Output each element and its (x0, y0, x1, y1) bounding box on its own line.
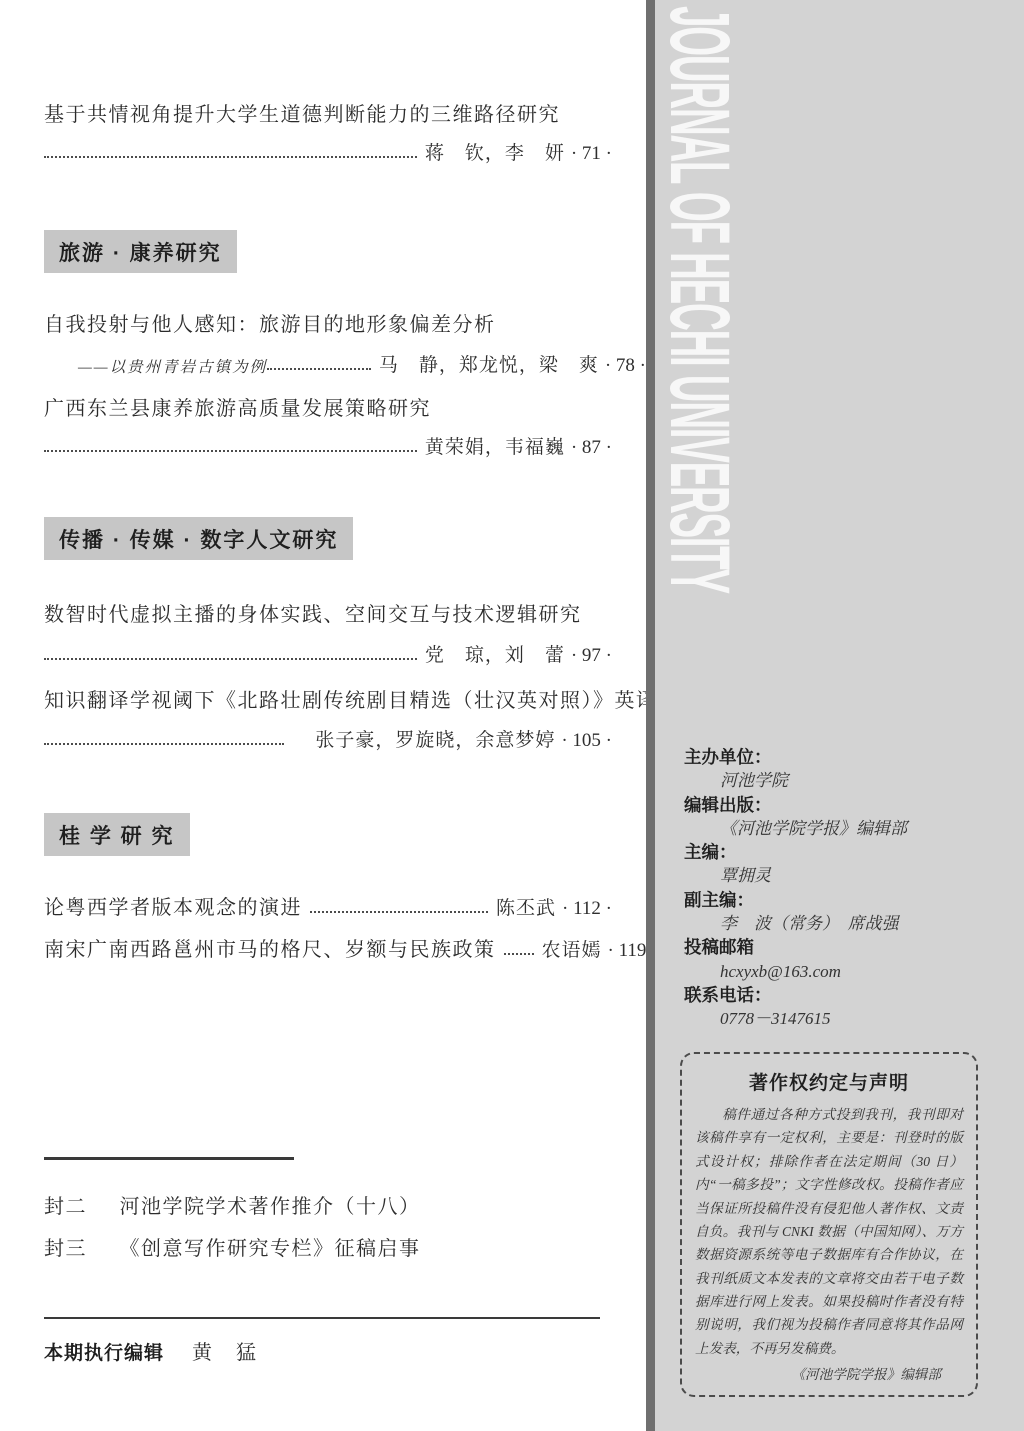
article-authors: 陈丕武 (496, 893, 556, 920)
pubinfo-value: 覃拥灵 (684, 864, 1004, 887)
journal-toc-page: 基于共情视角提升大学生道德判断能力的三维路径研究 蒋 钦，李 妍 · 71 · … (0, 0, 1024, 1431)
article-title: 数智时代虚拟主播的身体实践、空间交互与技术逻辑研究 (44, 598, 612, 627)
cover-item: 封三 《创意写作研究专栏》征稿启事 (44, 1232, 612, 1261)
publication-info: 主办单位： 河池学院 编辑出版： 《河池学院学报》编辑部 主编： 覃拥灵 副主编… (684, 745, 1004, 1031)
article-page-number: · 71 · (571, 143, 612, 165)
pubinfo-email: hcxyxb@163.com (684, 960, 1004, 983)
article-authors: 党 琼，刘 蕾 (425, 640, 565, 667)
article-title: 论粤西学者版本观念的演进 (44, 891, 302, 920)
divider-rule-long (44, 1317, 600, 1319)
dotted-leader (44, 658, 417, 660)
cover-prefix: 封二 (44, 1196, 87, 1218)
section-header-guixue: 桂 学 研 究 (44, 813, 190, 856)
article-entry-line: 论粤西学者版本观念的演进 陈丕武 · 112 · (44, 891, 612, 920)
article-page-number: · 105 · (561, 730, 612, 752)
dotted-leader (44, 156, 417, 158)
article-title: 知识翻译学视阈下《北路壮剧传统剧目精选（壮汉英对照）》英译探究 (44, 684, 612, 713)
pubinfo-label: 编辑出版： (684, 793, 1004, 817)
divider-rule-short (44, 1157, 294, 1160)
issue-editor-label: 本期执行编辑 (44, 1338, 164, 1365)
article-author-line: 张子豪，罗旋晓，余意梦婷 · 105 · (44, 725, 612, 752)
article-title: 广西东兰县康养旅游高质量发展策略研究 (44, 392, 612, 421)
pubinfo-phone: 0778－3147615 (684, 1007, 1004, 1030)
pubinfo-value: 李 波（常务） 席战强 (684, 912, 1004, 935)
cover-title: 河池学院学术著作推介（十八） (120, 1196, 421, 1218)
pubinfo-label: 副主编： (684, 888, 1004, 912)
article-subtitle: ——以贵州青岩古镇为例 (78, 355, 267, 377)
section-header-media: 传播 · 传媒 · 数字人文研究 (44, 517, 353, 560)
article-authors: 农语嫣 (542, 935, 602, 962)
article-title: 南宋广南西路邕州市马的格尺、岁额与民族政策 (44, 933, 496, 962)
copyright-signature: 《河池学院学报》编辑部 (695, 1363, 963, 1383)
pubinfo-label: 主编： (684, 840, 1004, 864)
pubinfo-label: 投稿邮箱 (684, 935, 1004, 959)
pubinfo-value: 《河池学院学报》编辑部 (684, 817, 1004, 840)
dotted-leader (44, 450, 417, 452)
dotted-leader (310, 911, 488, 913)
article-subtitle-line: ——以贵州青岩古镇为例 马 静，郑龙悦，梁 爽 · 78 · (44, 350, 646, 377)
dotted-leader (504, 953, 534, 955)
article-page-number: · 112 · (562, 898, 612, 920)
article-author-line: 黄荣娟，韦福巍 · 87 · (44, 432, 612, 459)
issue-editor-line: 本期执行编辑 黄 猛 (44, 1336, 612, 1365)
article-authors: 蒋 钦，李 妍 (425, 138, 565, 165)
pubinfo-label: 联系电话： (684, 983, 1004, 1007)
article-title: 基于共情视角提升大学生道德判断能力的三维路径研究 (44, 98, 612, 127)
article-authors: 黄荣娟，韦福巍 (425, 432, 565, 459)
article-page-number: · 87 · (571, 437, 612, 459)
article-title: 自我投射与他人感知：旅游目的地形象偏差分析 (44, 308, 612, 337)
article-author-line: 党 琼，刘 蕾 · 97 · (44, 640, 612, 667)
copyright-notice-box: 著作权约定与声明 稿件通过各种方式投到我刊，我刊即对该稿件享有一定权利，主要是：… (680, 1052, 978, 1397)
dotted-leader (267, 368, 371, 370)
section-header-tourism: 旅游 · 康养研究 (44, 230, 237, 273)
article-authors: 张子豪，罗旋晓，余意梦婷 (315, 725, 555, 752)
article-author-line: 蒋 钦，李 妍 · 71 · (44, 138, 612, 165)
cover-item: 封二 河池学院学术著作推介（十八） (44, 1190, 612, 1219)
copyright-title: 著作权约定与声明 (695, 1068, 963, 1095)
dotted-leader (44, 743, 284, 745)
issue-editor-name: 黄 猛 (192, 1336, 258, 1365)
article-page-number: · 78 · (605, 355, 646, 377)
article-page-number: · 97 · (571, 645, 612, 667)
pubinfo-label: 主办单位： (684, 745, 1004, 769)
pubinfo-value: 河池学院 (684, 769, 1004, 792)
article-authors: 马 静，郑龙悦，梁 爽 (379, 350, 599, 377)
journal-title-vertical: JOURNAL OF HECHI UNIVERSITY (658, 6, 742, 593)
toc-main-column: 基于共情视角提升大学生道德判断能力的三维路径研究 蒋 钦，李 妍 · 71 · … (0, 0, 646, 1431)
journal-sidebar: JOURNAL OF HECHI UNIVERSITY 主办单位： 河池学院 编… (646, 0, 1024, 1431)
cover-prefix: 封三 (44, 1238, 87, 1260)
cover-title: 《创意写作研究专栏》征稿启事 (120, 1238, 421, 1260)
copyright-body: 稿件通过各种方式投到我刊，我刊即对该稿件享有一定权利，主要是：刊登时的版式设计权… (695, 1103, 963, 1360)
article-entry-line: 南宋广南西路邕州市马的格尺、岁额与民族政策 农语嫣 · 119 · (44, 933, 612, 962)
